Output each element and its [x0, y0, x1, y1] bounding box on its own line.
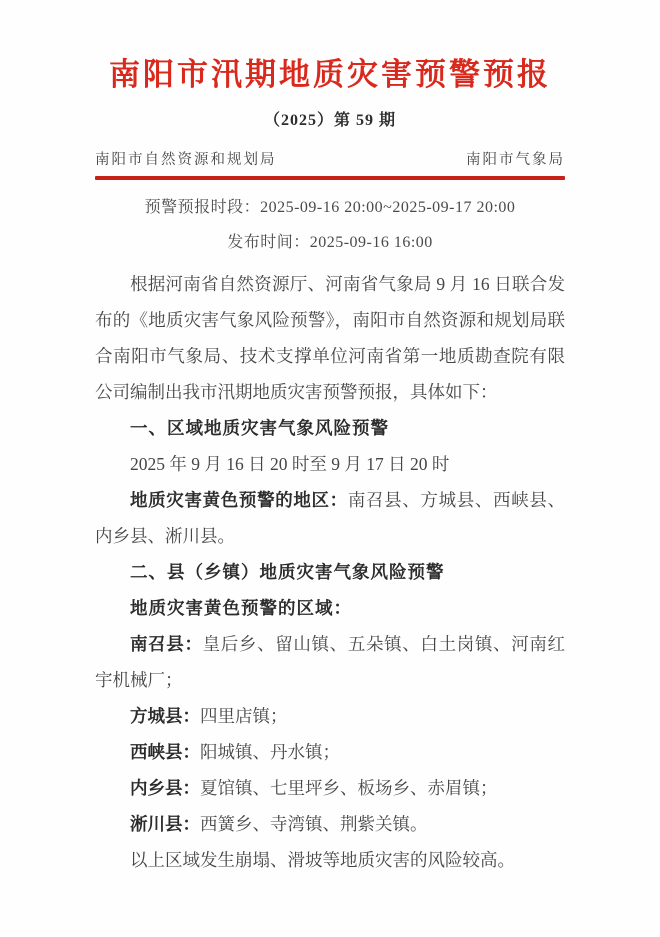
county-towns: 四里店镇；: [200, 706, 288, 726]
county-row: 淅川县：西簧乡、寺湾镇、荆紫关镇。: [95, 806, 565, 842]
county-name: 方城县：: [130, 706, 200, 726]
county-row: 内乡县：夏馆镇、七里坪乡、板场乡、赤眉镇；: [95, 770, 565, 806]
county-name: 南召县：: [130, 634, 203, 654]
section2-heading: 二、县（乡镇）地质灾害气象风险预警: [95, 554, 565, 590]
document-body: 根据河南省自然资源厅、河南省气象局 9 月 16 日联合发布的《地质灾害气象风险…: [95, 266, 565, 878]
forecast-period: 预警预报时段：2025-09-16 20:00~2025-09-17 20:00: [95, 190, 565, 225]
closing-line: 以上区域发生崩塌、滑坡等地质灾害的风险较高。: [95, 842, 565, 878]
document-page: 南阳市汛期地质灾害预警预报 （2025）第 59 期 南阳市自然资源和规划局 南…: [0, 0, 660, 937]
county-towns: 阳城镇、丹水镇；: [200, 742, 340, 762]
county-name: 内乡县：: [130, 778, 200, 798]
county-name: 淅川县：: [130, 814, 200, 834]
meta-block: 预警预报时段：2025-09-16 20:00~2025-09-17 20:00…: [95, 190, 565, 260]
document-title: 南阳市汛期地质灾害预警预报: [95, 56, 565, 94]
red-divider-rule: [95, 176, 565, 180]
intro-paragraph: 根据河南省自然资源厅、河南省气象局 9 月 16 日联合发布的《地质灾害气象风险…: [95, 266, 565, 410]
section1-warning-areas: 地质灾害黄色预警的地区：南召县、方城县、西峡县、内乡县、淅川县。: [95, 482, 565, 554]
section1-time-range: 2025 年 9 月 16 日 20 时至 9 月 17 日 20 时: [95, 446, 565, 482]
section2-region-label: 地质灾害黄色预警的区域：: [95, 590, 565, 626]
publish-time: 发布时间：2025-09-16 16:00: [95, 225, 565, 260]
agency-header-row: 南阳市自然资源和规划局 南阳市气象局: [95, 150, 565, 170]
agency-left: 南阳市自然资源和规划局: [95, 150, 277, 170]
section1-heading: 一、区域地质灾害气象风险预警: [95, 410, 565, 446]
county-name: 西峡县：: [130, 742, 200, 762]
section1-warning-label: 地质灾害黄色预警的地区：: [130, 490, 348, 510]
county-towns: 夏馆镇、七里坪乡、板场乡、赤眉镇；: [200, 778, 498, 798]
county-towns: 西簧乡、寺湾镇、荆紫关镇。: [200, 814, 428, 834]
county-row: 方城县：四里店镇；: [95, 698, 565, 734]
county-row: 南召县：皇后乡、留山镇、五朵镇、白土岗镇、河南红宇机械厂；: [95, 626, 565, 698]
issue-number: （2025）第 59 期: [95, 110, 565, 132]
agency-right: 南阳市气象局: [466, 150, 565, 170]
county-row: 西峡县：阳城镇、丹水镇；: [95, 734, 565, 770]
